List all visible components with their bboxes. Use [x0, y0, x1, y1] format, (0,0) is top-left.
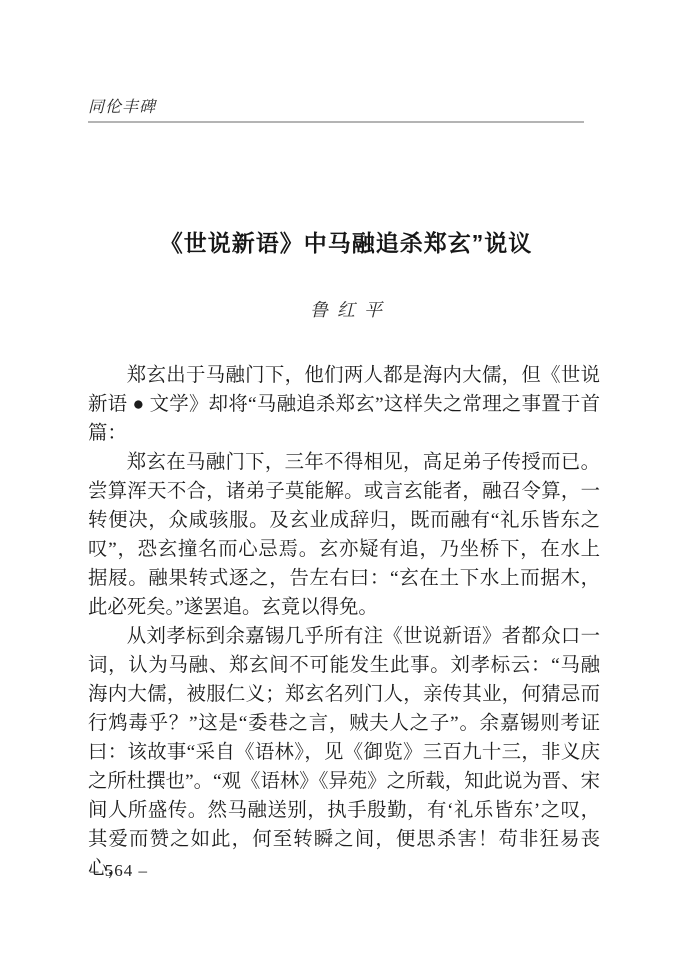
- article-body: 郑玄出于马融门下，他们两人都是海内大儒，但《世说新语 ● 文学》却将“马融追杀郑…: [88, 361, 600, 883]
- document-page: 同伦丰碑 《世说新语》中马融追杀郑玄”说议 鲁红平 郑玄出于马融门下，他们两人都…: [0, 0, 692, 968]
- body-paragraph: 从刘孝标到余嘉锡几乎所有注《世说新语》者都众口一词，认为马融、郑玄间不可能发生此…: [88, 622, 600, 883]
- running-header-text: 同伦丰碑: [88, 99, 584, 117]
- article-title: 《世说新语》中马融追杀郑玄”说议: [0, 228, 692, 258]
- body-paragraph: 郑玄出于马融门下，他们两人都是海内大儒，但《世说新语 ● 文学》却将“马融追杀郑…: [88, 361, 600, 448]
- header-rule: [88, 121, 584, 123]
- article-author: 鲁红平: [0, 299, 692, 321]
- page-number: – 564 –: [90, 861, 148, 881]
- running-header: 同伦丰碑: [88, 99, 584, 123]
- body-paragraph: 郑玄在马融门下，三年不得相见，高足弟子传授而已。尝算浑天不合，诸弟子莫能解。或言…: [88, 448, 600, 622]
